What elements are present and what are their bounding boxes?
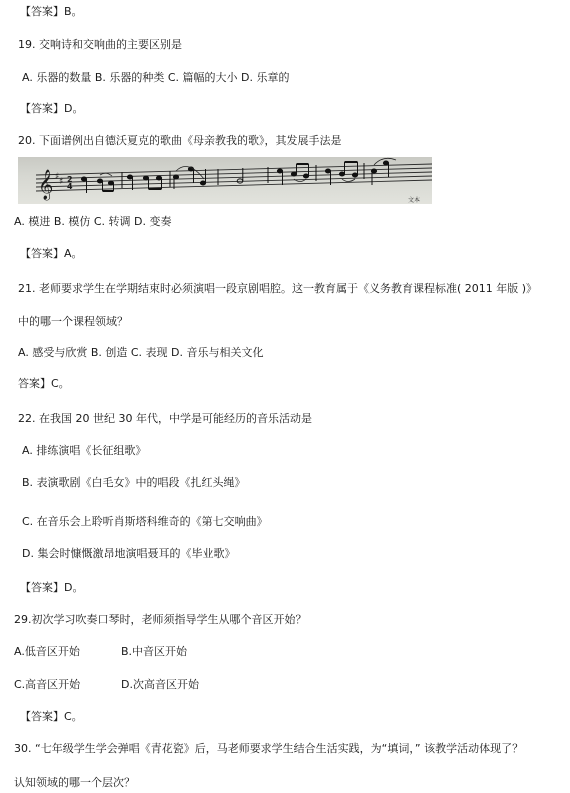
- question-21-options: A. 感受与欣赏 B. 创造 C. 表现 D. 音乐与相关文化: [18, 346, 264, 360]
- question-20: 20. 下面谱例出自德沃夏克的歌曲《母亲教我的歌》，其发展手法是: [18, 134, 342, 148]
- question-20-options: A. 模进 B. 模仿 C. 转调 D. 变奏: [14, 215, 172, 229]
- question-19-options: A. 乐器的数量 B. 乐器的种类 C. 篇幅的大小 D. 乐章的: [22, 71, 290, 85]
- answer-21: 答案】C。: [18, 377, 70, 391]
- question-29: 29.初次学习吹奏口琴时，老师须指导学生从哪个音区开始？: [14, 613, 307, 627]
- question-21: 21. 老师要求学生在学期结束时必须演唱一段京剧唱腔。这一教育属于《义务教育课程…: [18, 282, 537, 296]
- svg-text:𝄞: 𝄞: [38, 169, 53, 201]
- answer-20: 【答案】A。: [20, 247, 83, 261]
- music-staff-icon: 𝄞 ♯ ♯ 2 4: [18, 157, 432, 204]
- answer-29: 【答案】C。: [20, 710, 83, 724]
- answer-prev: 【答案】B。: [20, 5, 83, 19]
- svg-text:4: 4: [67, 182, 73, 191]
- question-22-option-d: D. 集会时慷慨激昂地演唱聂耳的《毕业歌》: [22, 547, 235, 561]
- question-29-option-c: C.高音区开始: [14, 678, 80, 692]
- question-22-option-a: A. 排练演唱《长征组歌》: [22, 444, 146, 458]
- answer-22: 【答案】D。: [20, 581, 83, 595]
- question-19: 19. 交响诗和交响曲的主要区别是: [18, 38, 182, 52]
- question-21-cont: 中的哪一个课程领域？: [18, 315, 128, 329]
- question-22-option-c: C. 在音乐会上聆听肖斯塔科维奇的《第七交响曲》: [22, 515, 268, 529]
- answer-19: 【答案】D。: [20, 102, 83, 116]
- question-30-cont: 认知领域的哪一个层次？: [14, 776, 135, 790]
- question-22: 22. 在我国 20 世纪 30 年代，中学是可能经历的音乐活动是: [18, 412, 312, 426]
- question-29-option-a: A.低音区开始: [14, 645, 80, 659]
- svg-text:♯: ♯: [59, 177, 63, 187]
- question-22-option-b: B. 表演歌剧《白毛女》中的唱段《扎红头绳》: [22, 476, 246, 490]
- question-29-option-b: B.中音区开始: [121, 645, 187, 659]
- score-caption-fragment: 文本: [408, 196, 420, 204]
- music-score-figure: 𝄞 ♯ ♯ 2 4: [18, 157, 432, 204]
- question-30: 30. “七年级学生学会弹唱《青花瓷》后，马老师要求学生结合生活实践，为“填词，…: [14, 742, 523, 756]
- question-29-option-d: D.次高音区开始: [121, 678, 199, 692]
